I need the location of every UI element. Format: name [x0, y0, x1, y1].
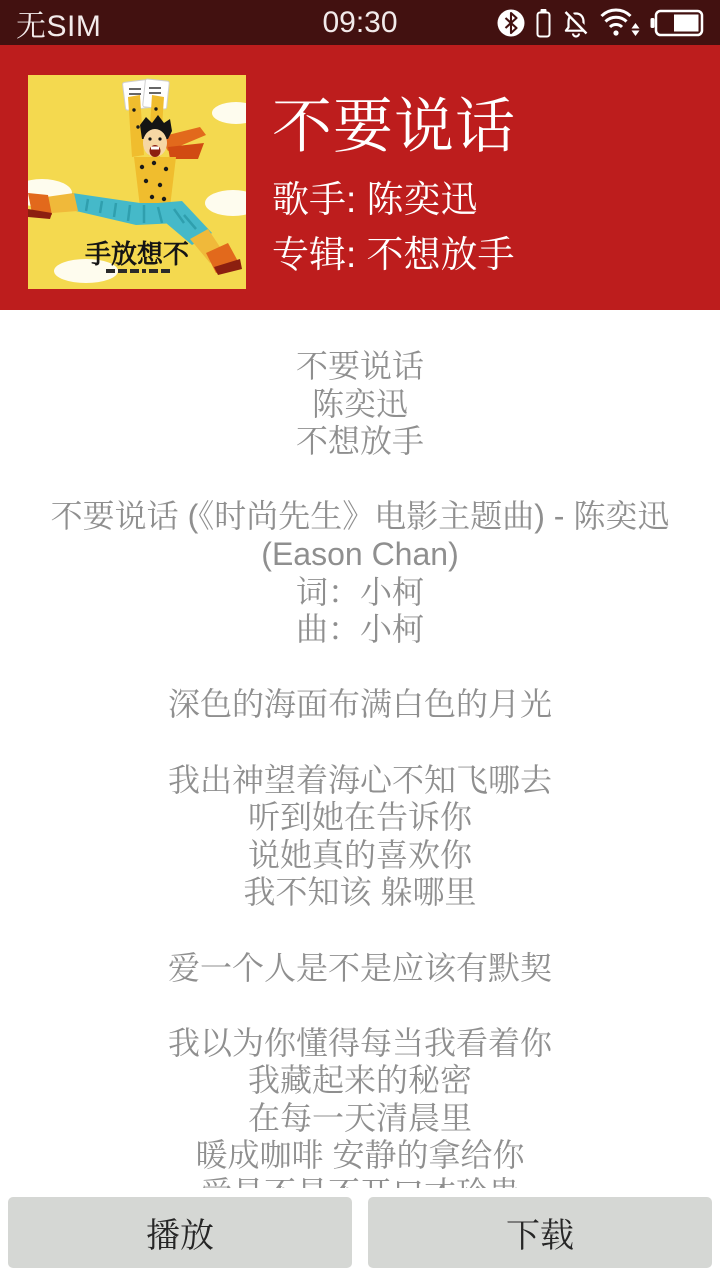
- song-header: 手放想不 不要说话 歌手: 陈奕迅 专辑: 不想放手: [0, 45, 720, 310]
- lyric-line: [20, 912, 700, 950]
- battery-horizontal-icon: [650, 9, 704, 37]
- lyric-line: 我出神望着海心不知飞哪去: [20, 762, 700, 800]
- lyrics-panel[interactable]: 不要说话陈奕迅不想放手不要说话 (《时尚先生》电影主题曲) - 陈奕迅 (Eas…: [0, 310, 720, 1280]
- lyric-line: 在每一天清晨里: [20, 1100, 700, 1138]
- album-cover-illustration: 手放想不: [28, 75, 246, 289]
- carrier-label: 无SIM: [16, 1, 101, 45]
- album-cover-title: 手放想不: [85, 239, 189, 269]
- lyric-line: 我以为你懂得每当我看着你: [20, 1025, 700, 1063]
- lyric-line: 爱一个人是不是应该有默契: [20, 950, 700, 988]
- artist-line: 歌手: 陈奕迅: [272, 180, 710, 220]
- lyric-line: 词：小柯: [20, 574, 700, 612]
- song-info: 不要说话 歌手: 陈奕迅 专辑: 不想放手: [272, 95, 710, 275]
- lyric-line: 不要说话: [20, 348, 700, 386]
- status-icons: [496, 8, 704, 38]
- play-button[interactable]: 播放: [8, 1197, 352, 1268]
- song-title: 不要说话: [272, 95, 710, 159]
- download-button[interactable]: 下载: [368, 1197, 712, 1268]
- lyric-line: 陈奕迅: [20, 386, 700, 424]
- mute-bell-icon: [561, 8, 591, 38]
- lyric-line: [20, 461, 700, 499]
- album-line: 专辑: 不想放手: [272, 235, 710, 275]
- bluetooth-icon: [496, 8, 526, 38]
- lyric-line: 我藏起来的秘密: [20, 1062, 700, 1100]
- screen: 无SIM 09:30: [0, 0, 720, 1280]
- lyric-line: 曲：小柯: [20, 611, 700, 649]
- lyric-line: 深色的海面布满白色的月光: [20, 686, 700, 724]
- battery-vertical-icon: [535, 8, 552, 38]
- action-bar: 播放 下载: [0, 1188, 720, 1280]
- lyric-line: 暖成咖啡 安静的拿给你: [20, 1137, 700, 1175]
- lyric-line: [20, 987, 700, 1025]
- lyric-line: [20, 724, 700, 762]
- wifi-icon: [600, 8, 641, 38]
- album-art: 手放想不: [28, 75, 246, 289]
- lyric-line: 说她真的喜欢你: [20, 837, 700, 875]
- status-bar: 无SIM 09:30: [0, 0, 720, 45]
- lyric-line: 听到她在告诉你: [20, 799, 700, 837]
- lyric-line: 我不知该 躲哪里: [20, 874, 700, 912]
- lyric-line: 不想放手: [20, 423, 700, 461]
- lyric-line: [20, 649, 700, 687]
- lyric-line: 不要说话 (《时尚先生》电影主题曲) - 陈奕迅 (Eason Chan): [20, 498, 700, 573]
